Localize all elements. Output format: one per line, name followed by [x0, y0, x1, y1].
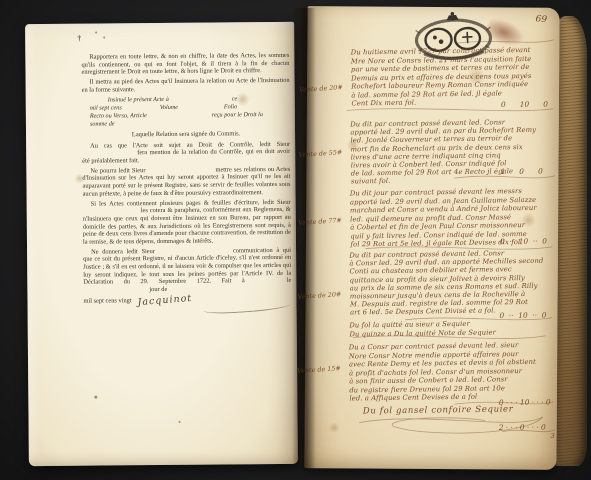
- margin-note: Vente de 15#: [297, 364, 349, 375]
- insinuation-form-block: Insinué le présent Acte à ce mil sept ce…: [90, 95, 290, 130]
- amount-column: 0 10 0: [501, 99, 563, 109]
- closing-line: mil sept cens vingtJacquinot: [83, 295, 291, 305]
- manuscript-entry: Du fol la quitté au sieur a Sequier Du q…: [349, 319, 541, 339]
- amount-column: 0 ·· 10 ·· 0: [500, 236, 562, 246]
- manuscript-line: suivant fol.: [351, 175, 543, 186]
- ink-speck: [94, 396, 97, 399]
- amount-column: 1 0 0: [500, 166, 562, 176]
- printed-text-block: Rapportera en toute lettre, & non en chi…: [81, 52, 291, 308]
- paragraph-ne-donnera: Ne donnera ledit Sieurcommunication à qu…: [83, 247, 291, 294]
- ink-mark: †: [77, 34, 81, 43]
- form-mil-sept-cens: mil sept cens: [90, 105, 122, 113]
- paragraph-au-cas: Au cas que l'Acte soit sujet au Droit de…: [82, 140, 290, 165]
- form-volume: Volume: [160, 104, 178, 112]
- paragraph-ne-pourra: Ne pourra ledit Sieurmettre ses relation…: [82, 166, 290, 198]
- form-recto-verso: Recto ou Verso, Article: [90, 113, 147, 121]
- blank-day-gap: [83, 290, 149, 292]
- ink-speck: [95, 32, 97, 34]
- form-folio: Folio: [224, 104, 237, 112]
- form-recu-droit: reçu pour le Droit la: [212, 112, 263, 120]
- blank-name-gap: [145, 170, 215, 172]
- margin-note: Vente de 77#: [298, 216, 350, 227]
- handwritten-signature: Jacquinot: [137, 295, 192, 307]
- closing-text: mil sept cens vingt: [83, 297, 131, 304]
- margin-note: Vente de 20#: [299, 83, 351, 94]
- manuscript-entry: Du huitiesme avril 1727 par contract pas…: [351, 46, 544, 108]
- paragraph-il-mettra: Il mettra au pied des Actes qu'il Insinu…: [82, 77, 290, 94]
- left-page-printed: † Rapportera en toute lettre, & non en c…: [25, 22, 298, 466]
- blank-name-gap: [83, 211, 141, 213]
- foxing-spot: [329, 422, 340, 433]
- footer-signature-line: Du fol gansel confoire Sequier: [363, 405, 555, 416]
- p6-fait-a: Fait à: [221, 277, 244, 284]
- manuscript-line: Du fol gansel confoire Sequier: [363, 405, 555, 416]
- blank-name-gap: [155, 251, 233, 253]
- p6-le: le: [287, 277, 292, 284]
- relation-line: Laquelle Relation sera signée du Commis.: [82, 130, 290, 139]
- paragraph-si-les-actes: Si les Actes contiennent plusieurs pages…: [83, 199, 291, 246]
- form-ce: ce: [232, 96, 238, 104]
- manuscript-entry: Du a Consr par contract passé devant led…: [349, 341, 542, 403]
- ink-speck: [179, 421, 181, 423]
- amount-column: 2 · · · 0 · · · 0: [499, 422, 561, 432]
- paragraph-rapportera: Rapportera en toute lettre, & non en chi…: [81, 52, 289, 77]
- ink-speck: [103, 36, 105, 38]
- margin-note: Vente de 20#: [297, 290, 349, 301]
- p4-before: Ne pourra ledit Sieur: [90, 167, 145, 174]
- blank-place-gap: [245, 281, 287, 282]
- right-page-manuscript: 69 Du huitiesme avril 1727 par contract …: [304, 6, 559, 470]
- form-somme-de: somme de: [90, 121, 115, 129]
- manuscript-entry: Du dit par contract passé devant led. Co…: [349, 249, 542, 317]
- signature-flourish: [203, 299, 291, 314]
- form-insinue: Insinué le présent Acte à: [108, 96, 169, 104]
- blank-name-gap: [82, 153, 137, 154]
- p6-before: Ne donnera ledit Sieur: [91, 248, 155, 256]
- p6-jour-de: jour de: [149, 286, 167, 293]
- margin-note: Vente de 55#: [298, 148, 350, 159]
- bottom-page-number: 3: [551, 432, 555, 440]
- folio-number: 69: [535, 14, 547, 25]
- p3-after: fera mention de la relation du Contrôle,…: [82, 148, 290, 164]
